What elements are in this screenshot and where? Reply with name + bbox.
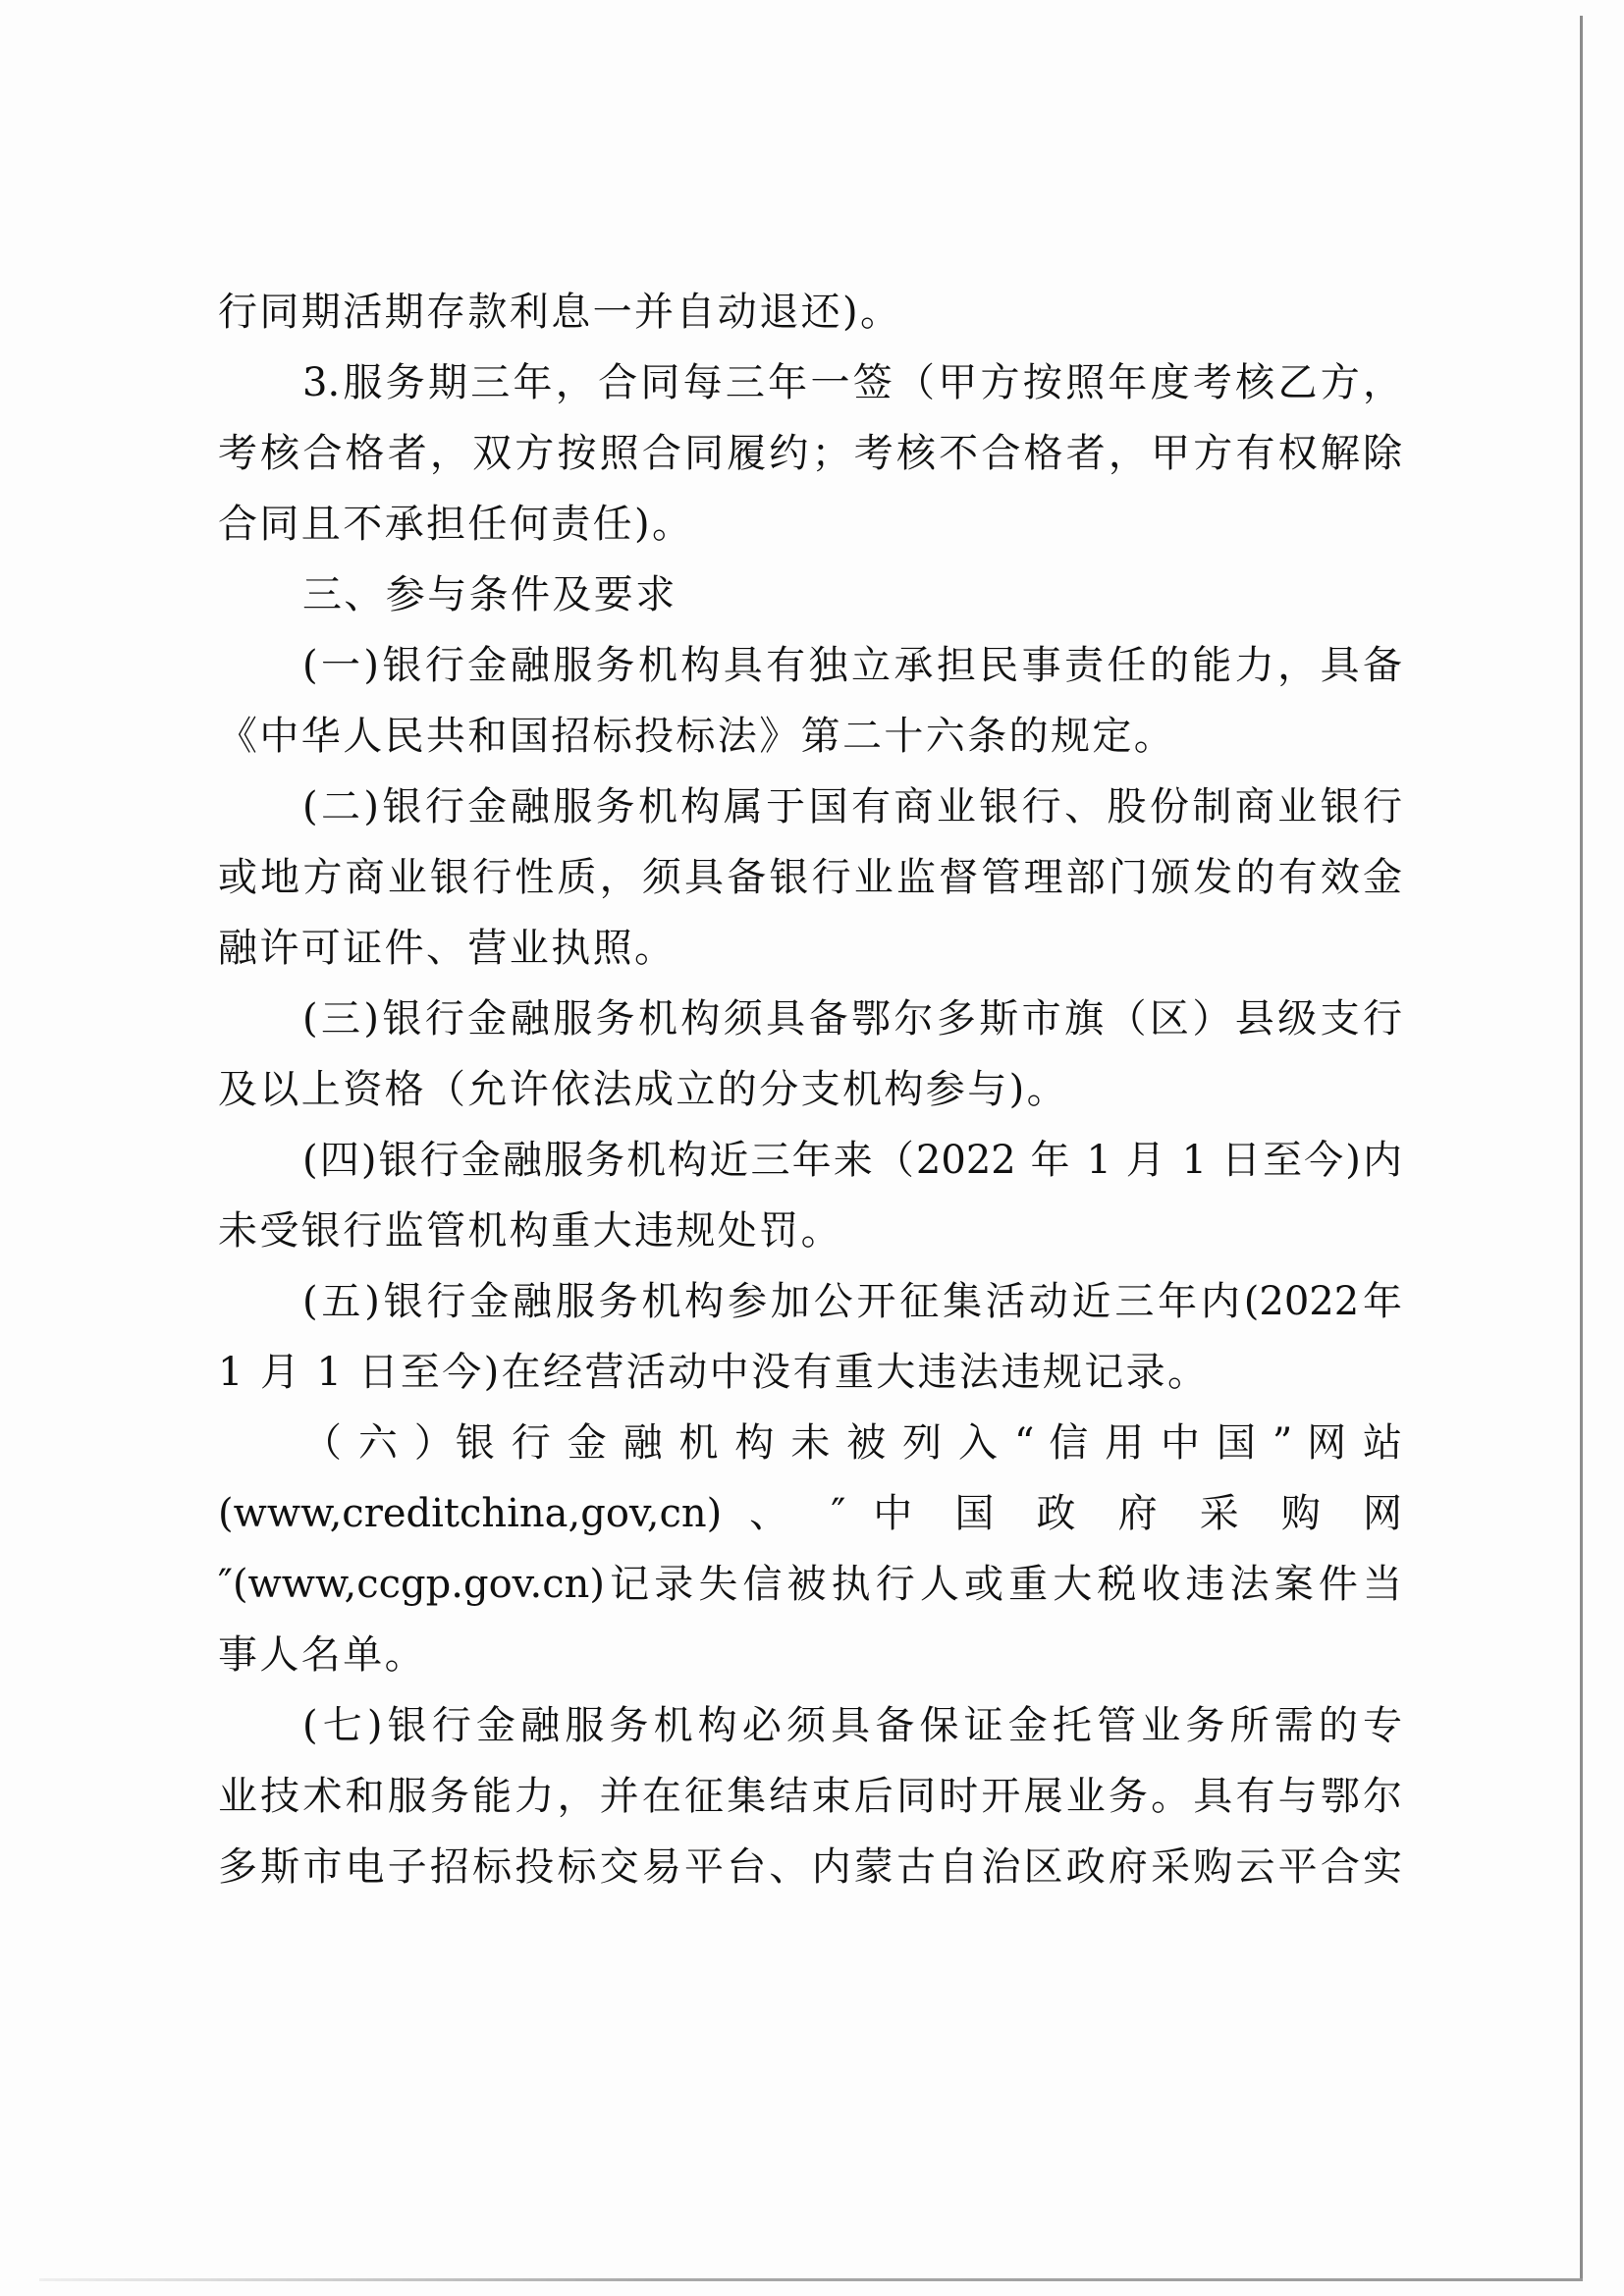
page-edge-right [1580,16,1583,2281]
text-line: (七)银行金融服务机构必须具备保证金托管业务所需的专 [218,1702,1402,1749]
text-line: (四)银行金融服务机构近三年来（2022 年 1 月 1 日至今)内 [218,1137,1402,1184]
text-line: (三)银行金融服务机构须具备鄂尔多斯市旗（区）县级支行 [218,995,1402,1042]
section-heading: 三、参与条件及要求 [218,571,1402,618]
text-line: 3.服务期三年，合同每三年一签（甲方按照年度考核乙方， [218,359,1402,406]
text-line: 及以上资格（允许依法成立的分支机构参与)。 [218,1066,1402,1113]
page-edge-bottom [39,2278,1583,2281]
text-line: 融许可证件、营业执照。 [218,925,1402,972]
text-line: （ 六 ）银 行 金 融 机 构 未 被 列 入 “ 信 用 中 国 ” 网 站 [218,1419,1402,1467]
text-line: 事人名单。 [218,1631,1402,1679]
text-line: 1 月 1 日至今)在经营活动中没有重大违法违规记录。 [218,1349,1402,1396]
text-line: (二)银行金融服务机构属于国有商业银行、股份制商业银行 [218,783,1402,830]
text-line: 考核合格者，双方按照合同履约；考核不合格者，甲方有权解除 [218,430,1402,477]
text-line: (一)银行金融服务机构具有独立承担民事责任的能力，具备 [218,642,1402,689]
text-line: 《中华人民共和国招标投标法》第二十六条的规定。 [218,713,1402,760]
text-line: 多斯市电子招标投标交易平台、内蒙古自治区政府采购云平合实 [218,1843,1402,1891]
text-line: 行同期活期存款利息一并自动退还)。 [218,289,1402,336]
text-line: (www,creditchina,gov,cn) 、 ″ 中 国 政 府 采 购… [218,1490,1402,1537]
text-line: 未受银行监管机构重大违规处罚。 [218,1207,1402,1255]
text-line: (五)银行金融服务机构参加公开征集活动近三年内(2022年 [218,1278,1402,1325]
text-line: 合同且不承担任何责任)。 [218,501,1402,548]
text-line: ″(www,ccgp.gov.cn)记录失信被执行人或重大税收违法案件当 [218,1561,1402,1608]
text-line: 业技术和服务能力，并在征集结束后同时开展业务。具有与鄂尔 [218,1773,1402,1820]
text-line: 或地方商业银行性质，须具备银行业监督管理部门颁发的有效金 [218,854,1402,901]
